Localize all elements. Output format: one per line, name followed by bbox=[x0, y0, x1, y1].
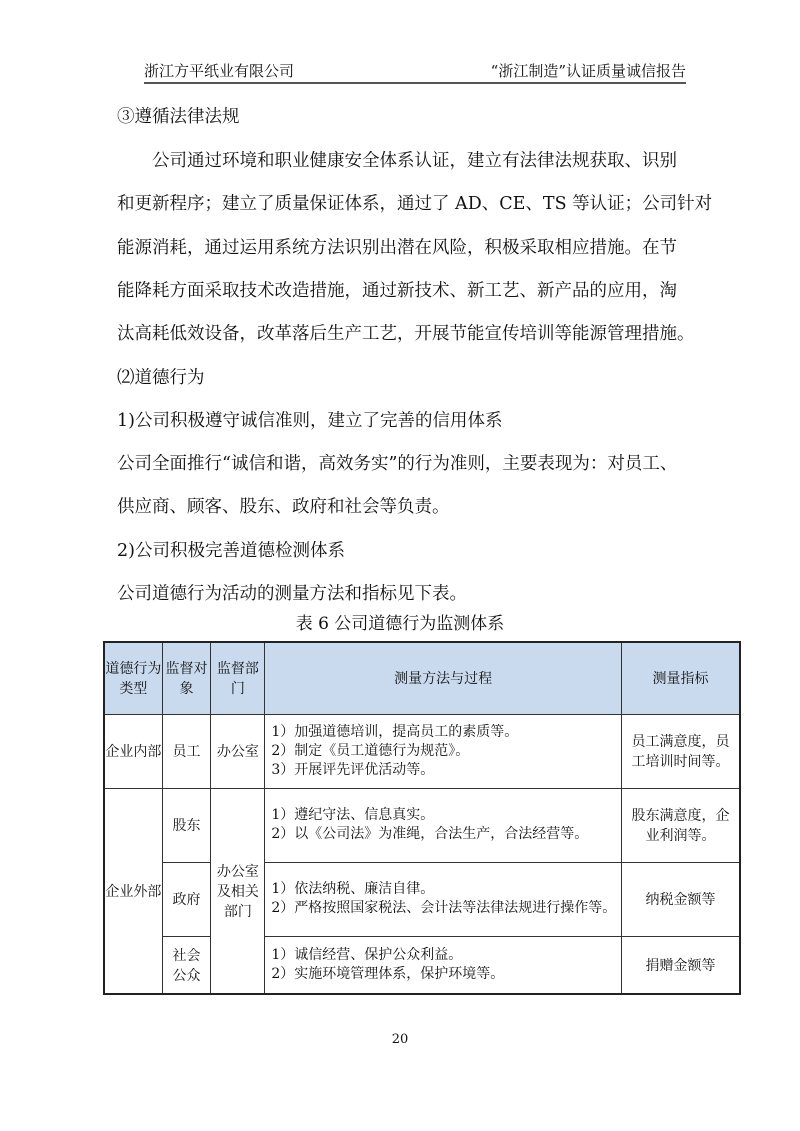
paragraph-line: 能降耗方面采取技术改造措施，通过新技术、新工艺、新产品的应用，淘 bbox=[117, 281, 677, 301]
method-item: 2）制定《员工道德行为规范》。 bbox=[271, 742, 621, 761]
paragraph-line: 公司全面推行“诚信和谐，高效务实”的行为准则，主要表现为：对员工、 bbox=[117, 454, 677, 474]
cell-dept: 办公室 bbox=[211, 714, 265, 788]
table-row: 社会公众 1）诚信经营、保护公众利益。 2）实施环境管理体系，保护环境等。 捐赠… bbox=[104, 936, 740, 994]
paragraph-line: 公司道德行为活动的测量方法和指标见下表。 bbox=[117, 584, 467, 604]
table-row: 政府 1）依法纳税、廉洁自律。 2）严格按照国家税法、会计法等法律法规进行操作等… bbox=[104, 862, 740, 936]
page-header: 浙江方平纸业有限公司 “浙江制造”认证质量诚信报告 bbox=[144, 57, 686, 84]
method-item: 2）以《公司法》为准绳，合法生产，合法经营等。 bbox=[271, 825, 621, 844]
table-header-row: 道德行为类型 监督对象 监督部门 测量方法与过程 测量指标 bbox=[104, 642, 740, 714]
cell-indicator: 捐赠金额等 bbox=[621, 936, 740, 994]
col-header-type: 道德行为类型 bbox=[104, 642, 162, 714]
cell-object: 股东 bbox=[162, 788, 211, 862]
paragraph-line: 汰高耗低效设备，改革落后生产工艺，开展节能宣传培训等能源管理措施。 bbox=[117, 324, 695, 344]
method-item: 1）诚信经营、保护公众利益。 bbox=[271, 946, 621, 965]
cell-methods: 1）诚信经营、保护公众利益。 2）实施环境管理体系，保护环境等。 bbox=[265, 936, 622, 994]
cell-dept: 办公室及相关部门 bbox=[211, 788, 265, 994]
col-header-indicator: 测量指标 bbox=[621, 642, 740, 714]
heading-ethics: ⑵道德行为 bbox=[117, 368, 205, 388]
method-item: 1）加强道德培训，提高员工的素质等。 bbox=[271, 723, 621, 742]
table-row: 企业内部 员工 办公室 1）加强道德培训，提高员工的素质等。 2）制定《员工道德… bbox=[104, 714, 740, 788]
paragraph-line: 和更新程序；建立了质量保证体系，通过了 AD、CE、TS 等认证；公司针对 bbox=[117, 194, 712, 214]
heading-law: ③遵循法律法规 bbox=[117, 107, 240, 127]
cell-object: 员工 bbox=[162, 714, 211, 788]
table-row: 企业外部 股东 办公室及相关部门 1）遵纪守法、信息真实。 2）以《公司法》为准… bbox=[104, 788, 740, 862]
subheading-credit: 1)公司积极遵守诚信准则，建立了完善的信用体系 bbox=[117, 411, 502, 431]
method-item: 3）开展评先评优活动等。 bbox=[271, 761, 621, 780]
cell-type: 企业外部 bbox=[104, 788, 162, 994]
paragraph-line: 供应商、顾客、股东、政府和社会等负责。 bbox=[117, 497, 450, 517]
ethics-monitoring-table: 道德行为类型 监督对象 监督部门 测量方法与过程 测量指标 企业内部 员工 办公… bbox=[103, 641, 741, 995]
cell-indicator: 员工满意度，员工培训时间等。 bbox=[621, 714, 740, 788]
method-item: 1）依法纳税、廉洁自律。 bbox=[271, 880, 621, 899]
header-company: 浙江方平纸业有限公司 bbox=[144, 60, 294, 81]
col-header-object: 监督对象 bbox=[162, 642, 211, 714]
col-header-methods: 测量方法与过程 bbox=[265, 642, 622, 714]
page-number: 20 bbox=[0, 1032, 800, 1047]
method-item: 2）严格按照国家税法、会计法等法律法规进行操作等。 bbox=[271, 899, 621, 918]
cell-methods: 1）遵纪守法、信息真实。 2）以《公司法》为准绳，合法生产，合法经营等。 bbox=[265, 788, 622, 862]
paragraph-line: 能源消耗，通过运用系统方法识别出潜在风险，积极采取相应措施。在节 bbox=[117, 238, 677, 258]
table-caption: 表 6 公司道德行为监测体系 bbox=[0, 609, 800, 634]
cell-object: 政府 bbox=[162, 862, 211, 936]
cell-methods: 1）加强道德培训，提高员工的素质等。 2）制定《员工道德行为规范》。 3）开展评… bbox=[265, 714, 622, 788]
cell-type: 企业内部 bbox=[104, 714, 162, 788]
cell-indicator: 股东满意度，企业利润等。 bbox=[621, 788, 740, 862]
subheading-ethics-monitoring: 2)公司积极完善道德检测体系 bbox=[117, 541, 345, 561]
cell-indicator: 纳税金额等 bbox=[621, 862, 740, 936]
cell-object: 社会公众 bbox=[162, 936, 211, 994]
method-item: 1）遵纪守法、信息真实。 bbox=[271, 806, 621, 825]
method-item: 2）实施环境管理体系，保护环境等。 bbox=[271, 965, 621, 984]
col-header-dept: 监督部门 bbox=[211, 642, 265, 714]
cell-methods: 1）依法纳税、廉洁自律。 2）严格按照国家税法、会计法等法律法规进行操作等。 bbox=[265, 862, 622, 936]
header-report-title: “浙江制造”认证质量诚信报告 bbox=[491, 60, 686, 81]
paragraph-line: 公司通过环境和职业健康安全体系认证，建立有法律法规获取、识别 bbox=[117, 151, 677, 171]
